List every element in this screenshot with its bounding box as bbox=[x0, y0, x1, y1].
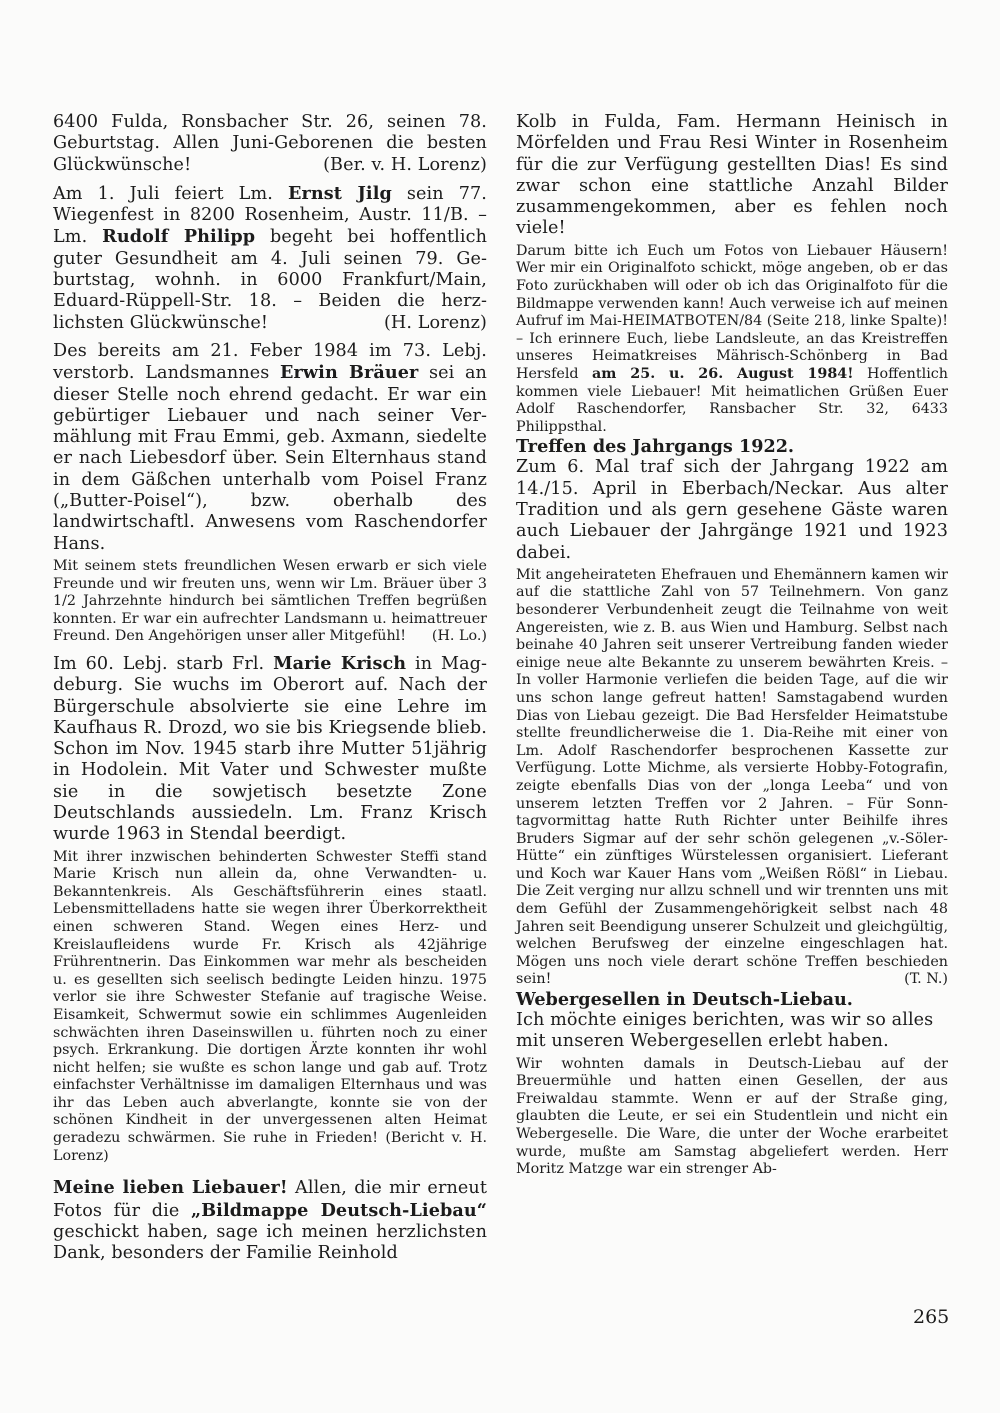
paragraph-text: Am 1. Juli feiert Lm. bbox=[53, 184, 288, 204]
photo-appeal-request: Darum bitte ich Euch um Fotos von Liebau… bbox=[516, 243, 948, 437]
paragraph-text: Zum 6. Mal traf sich der Jahrgang 1922 a… bbox=[516, 457, 948, 562]
person-name-rudolf-philipp: Rudolf Philipp bbox=[102, 226, 255, 247]
section-heading-webergesellen: Webergesellen in Deutsch-Liebau. bbox=[516, 989, 948, 1010]
paragraph-text: geschickt haben, sage ich meinen herzlic… bbox=[53, 1222, 487, 1263]
paragraph-text: Mit ihrer inzwischen behinderten Schwest… bbox=[53, 849, 487, 1164]
obituary-krisch-detail: Mit ihrer inzwischen behinderten Schwest… bbox=[53, 849, 487, 1166]
webergesellen-body: Wir wohnten damals in Deutsch-Liebau auf… bbox=[516, 1056, 948, 1179]
author-signature: (H. Lorenz) bbox=[384, 313, 487, 334]
paragraph-text: sei an dieser Stelle noch ehrend gedacht… bbox=[53, 363, 487, 553]
birthday-note-jilg-philipp: Am 1. Juli feiert Lm. Ernst Jilg sein 77… bbox=[53, 183, 487, 334]
paragraph-text: Im 60. Lebj. starb Frl. bbox=[53, 654, 273, 674]
paragraph-text: Mit angeheirateten Ehefrauen und Ehemänn… bbox=[516, 567, 948, 988]
page-number: 265 bbox=[913, 1306, 949, 1328]
author-signature: (Ber. v. H. Lorenz) bbox=[323, 155, 487, 176]
birthday-note-fulda: 6400 Fulda, Ronsbacher Str. 26, seinen 7… bbox=[53, 112, 487, 176]
author-signature: (T. N.) bbox=[904, 971, 948, 989]
paragraph-text: Kolb in Fulda, Fam. Hermann Heinisch in … bbox=[516, 112, 948, 238]
paragraph-text: in Mag­deburg. Sie wuchs im Oberort auf.… bbox=[53, 654, 487, 844]
project-title-bildmappe: „Bildmappe Deutsch-Liebau“ bbox=[191, 1200, 487, 1221]
author-signature: (H. Lo.) bbox=[432, 628, 487, 646]
photo-appeal-intro: Meine lieben Liebauer! Allen, die mir er… bbox=[53, 1177, 487, 1264]
treffen-body: Mit angeheirateten Ehefrauen und Ehemänn… bbox=[516, 567, 948, 989]
paragraph-text: Mit seinem stets freundlichen Wesen erwa… bbox=[53, 558, 487, 644]
photo-appeal-continued: Kolb in Fulda, Fam. Hermann Heinisch in … bbox=[516, 112, 948, 240]
person-name-erwin-braeuer: Erwin Bräuer bbox=[280, 362, 418, 383]
section-heading-treffen: Treffen des Jahrgangs 1922. bbox=[516, 436, 948, 457]
paragraph-text: Wir wohnten damals in Deutsch-Liebau auf… bbox=[516, 1056, 948, 1178]
salutation: Meine lieben Liebauer! bbox=[53, 1177, 288, 1198]
obituary-krisch: Im 60. Lebj. starb Frl. Marie Krisch in … bbox=[53, 653, 487, 846]
person-name-ernst-jilg: Ernst Jilg bbox=[288, 183, 392, 204]
treffen-intro: Zum 6. Mal traf sich der Jahrgang 1922 a… bbox=[516, 457, 948, 563]
person-name-marie-krisch: Marie Krisch bbox=[273, 653, 406, 674]
event-date: am 25. u. 26. August 1984! bbox=[592, 366, 854, 382]
webergesellen-intro: Ich möchte einiges berichten, was wir so… bbox=[516, 1010, 948, 1053]
paragraph-text: Darum bitte ich Euch um Fotos von Liebau… bbox=[516, 243, 948, 382]
obituary-braeuer-detail: Mit seinem stets freundlichen Wesen erwa… bbox=[53, 558, 487, 646]
obituary-braeuer: Des bereits am 21. Feber 1984 im 73. Leb… bbox=[53, 341, 487, 555]
paragraph-text: Ich möchte einiges berichten, was wir so… bbox=[516, 1010, 933, 1051]
left-column: 6400 Fulda, Ronsbacher Str. 26, seinen 7… bbox=[53, 112, 487, 1264]
newsletter-page: 6400 Fulda, Ronsbacher Str. 26, seinen 7… bbox=[0, 0, 1000, 1413]
right-column: Kolb in Fulda, Fam. Hermann Heinisch in … bbox=[516, 112, 948, 1179]
